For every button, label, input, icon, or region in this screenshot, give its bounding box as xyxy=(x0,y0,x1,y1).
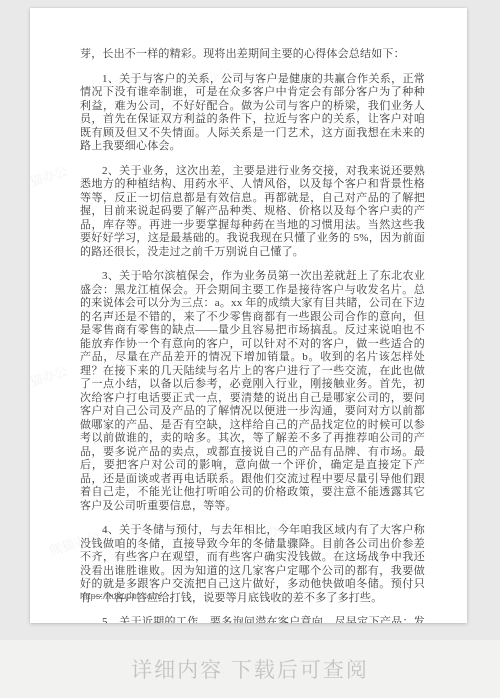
download-notice: 详细内容 下载后可查阅 xyxy=(131,654,369,684)
source-link[interactable]: https://tukuppt.com xyxy=(80,591,160,601)
preview-canvas: 芽，长出不一样的精彩。现将出差期间主要的心得体会总结如下： 1、关于与客户的关系… xyxy=(0,0,500,698)
document-paragraph: 3、关于哈尔滨植保会，作为业务员第一次出差就赶上了东北农业盛会：黑龙江植保会。开… xyxy=(80,270,425,513)
watermark: 熊猫办公 xyxy=(30,160,70,194)
document-intro-line: 芽，长出不一样的精彩。现将出差期间主要的心得体会总结如下： xyxy=(80,48,425,62)
document-paragraph: 1、关于与客户的关系，公司与客户是健康的共赢合作关系，正常情况下没有谁牵制谁，可… xyxy=(80,73,425,154)
watermark: 熊猫办公 xyxy=(30,360,70,394)
document-page: 芽，长出不一样的精彩。现将出差期间主要的心得体会总结如下： 1、关于与客户的关系… xyxy=(30,8,467,623)
document-paragraph: 5、关于近期的工作，要多询问潜在客户意向，尽早定下产品；发包装物的单子，把包装物… xyxy=(80,616,425,623)
document-body: 芽，长出不一样的精彩。现将出差期间主要的心得体会总结如下： 1、关于与客户的关系… xyxy=(80,48,425,623)
download-notice-bar: 详细内容 下载后可查阅 xyxy=(0,640,500,698)
document-paragraph: 2、关于业务，这次出差，主要是进行业务交接，对我来说还要熟悉地方的种植结构、用药… xyxy=(80,165,425,260)
